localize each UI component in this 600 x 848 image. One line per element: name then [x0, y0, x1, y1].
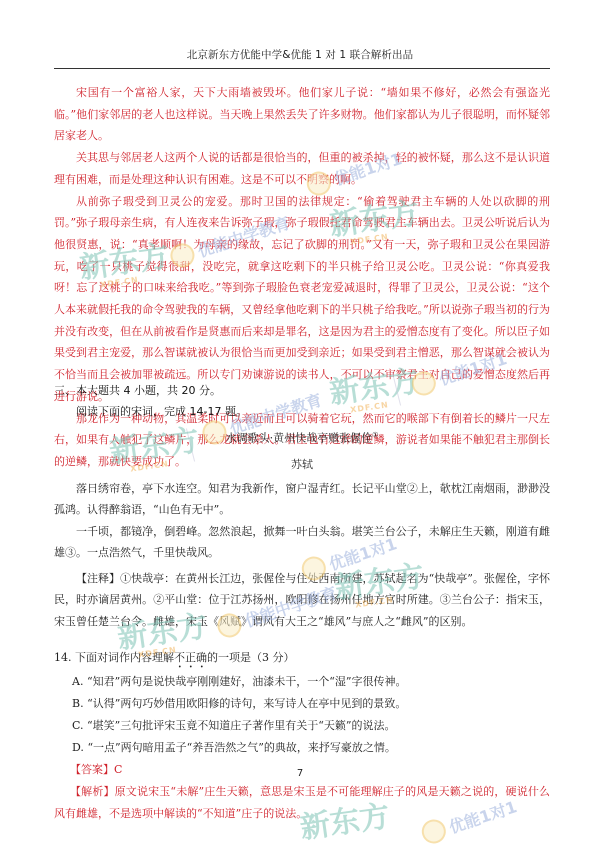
question-number: 14.	[54, 651, 72, 664]
analysis-label: 【解析】	[70, 785, 115, 798]
question-option-b: B. “认得”两句巧妙借用欧阳修的诗句，来写诗人在亭中见到的景致。	[72, 693, 550, 715]
option-text: “堪笑”三句批评宋玉竟不知道庄子著作里有关于“天籁”的说法。	[87, 719, 396, 732]
poem-stanza: 一千顷，都镜净，倒碧峰。忽然浪起，掀舞一叶白头翁。堪笑兰台公子，未解庄生天籁，刚…	[54, 521, 550, 564]
option-label: A.	[72, 675, 83, 688]
option-label: D.	[72, 741, 84, 754]
header-rule	[54, 68, 550, 69]
analysis-text: 原文说宋玉“未解”庄生天籁，意思是宋玉是不可能理解庄子的风是天籁之说的，硬说什么…	[54, 785, 550, 820]
option-text: “一点”两句暗用孟子“养吾浩然之气”的典故，来抒写豪放之情。	[87, 741, 396, 754]
section-instruction: 阅读下面的宋词，完成 14-17 题。	[76, 401, 550, 422]
translation-paragraph: 宋国有一个富裕人家，天下大雨墙被毁坏。他们家儿子说：“墙如果不修好，必然会有强盗…	[54, 82, 550, 147]
option-label: B.	[72, 697, 84, 710]
option-text: “认得”两句巧妙借用欧阳修的诗句，来写诗人在亭中见到的景致。	[87, 697, 406, 710]
section-three: 三、本大题共 4 小题，共 20 分。 阅读下面的宋词，完成 14-17 题。 …	[54, 380, 550, 825]
poem-stanza: 落日绣帘卷，亭下水连空。知君为我新作，窗户湿青红。长记平山堂②上，欹枕江南烟雨，…	[54, 478, 550, 521]
translation-paragraph: 从前弥子瑕受到卫灵公的宠爱。那时卫国的法律规定：“偷着驾驶君主车辆的人处以砍脚的…	[54, 191, 550, 408]
poem-title-footnote: ①	[372, 431, 378, 439]
page-number: 7	[0, 768, 600, 779]
analysis: 【解析】原文说宋玉“未解”庄生天籁，意思是宋玉是不可能理解庄子的风是天籁之说的，…	[54, 781, 550, 825]
question-stem-before: 下面对词作内容理解	[75, 651, 174, 664]
question-option-c: C. “堪笑”三句批评宋玉竟不知道庄子著作里有关于“天籁”的说法。	[72, 715, 550, 737]
poem-title-text: 水调歌头·黄州快哉亭赠张偓佺	[226, 432, 373, 445]
question-option-a: A. “知君”两句是说快哉亭刚刚建好，油漆未干，一个“湿”字很传神。	[72, 671, 550, 693]
page-header-title: 北京新东方优能中学&优能 1 对 1 联合解析出品	[0, 47, 600, 62]
notes-label: 【注释】	[76, 572, 120, 585]
question-stem-emphasis: 不正确	[174, 651, 207, 664]
poem-notes: 【注释】①快哉亭：在黄州长江边，张偓佺与住处西南所建，苏轼起名为“快哉亭”。张偓…	[54, 568, 550, 633]
poem-title: 水调歌头·黄州快哉亭赠张偓佺①	[54, 422, 550, 452]
section-heading: 三、本大题共 4 小题，共 20 分。	[54, 380, 550, 401]
question-option-d: D. “一点”两句暗用孟子“养吾浩然之气”的典故，来抒写豪放之情。	[72, 737, 550, 759]
option-text: “知君”两句是说快哉亭刚刚建好，油漆未干，一个“湿”字很传神。	[87, 675, 407, 688]
question-stem: 14. 下面对词作内容理解不正确的一项是（3 分）	[54, 647, 550, 671]
option-label: C.	[72, 719, 84, 732]
question-stem-after: 的一项是（3 分）	[207, 651, 295, 664]
translation-paragraph: 关其思与邻居老人这两个人说的话都是很恰当的，但重的被杀掉，轻的被怀疑，那么这不是…	[54, 147, 550, 190]
notes-text: ①快哉亭：在黄州长江边，张偓佺与住处西南所建，苏轼起名为“快哉亭”。张偓佺，字怀…	[54, 572, 550, 628]
poem-author: 苏轼	[54, 452, 550, 478]
